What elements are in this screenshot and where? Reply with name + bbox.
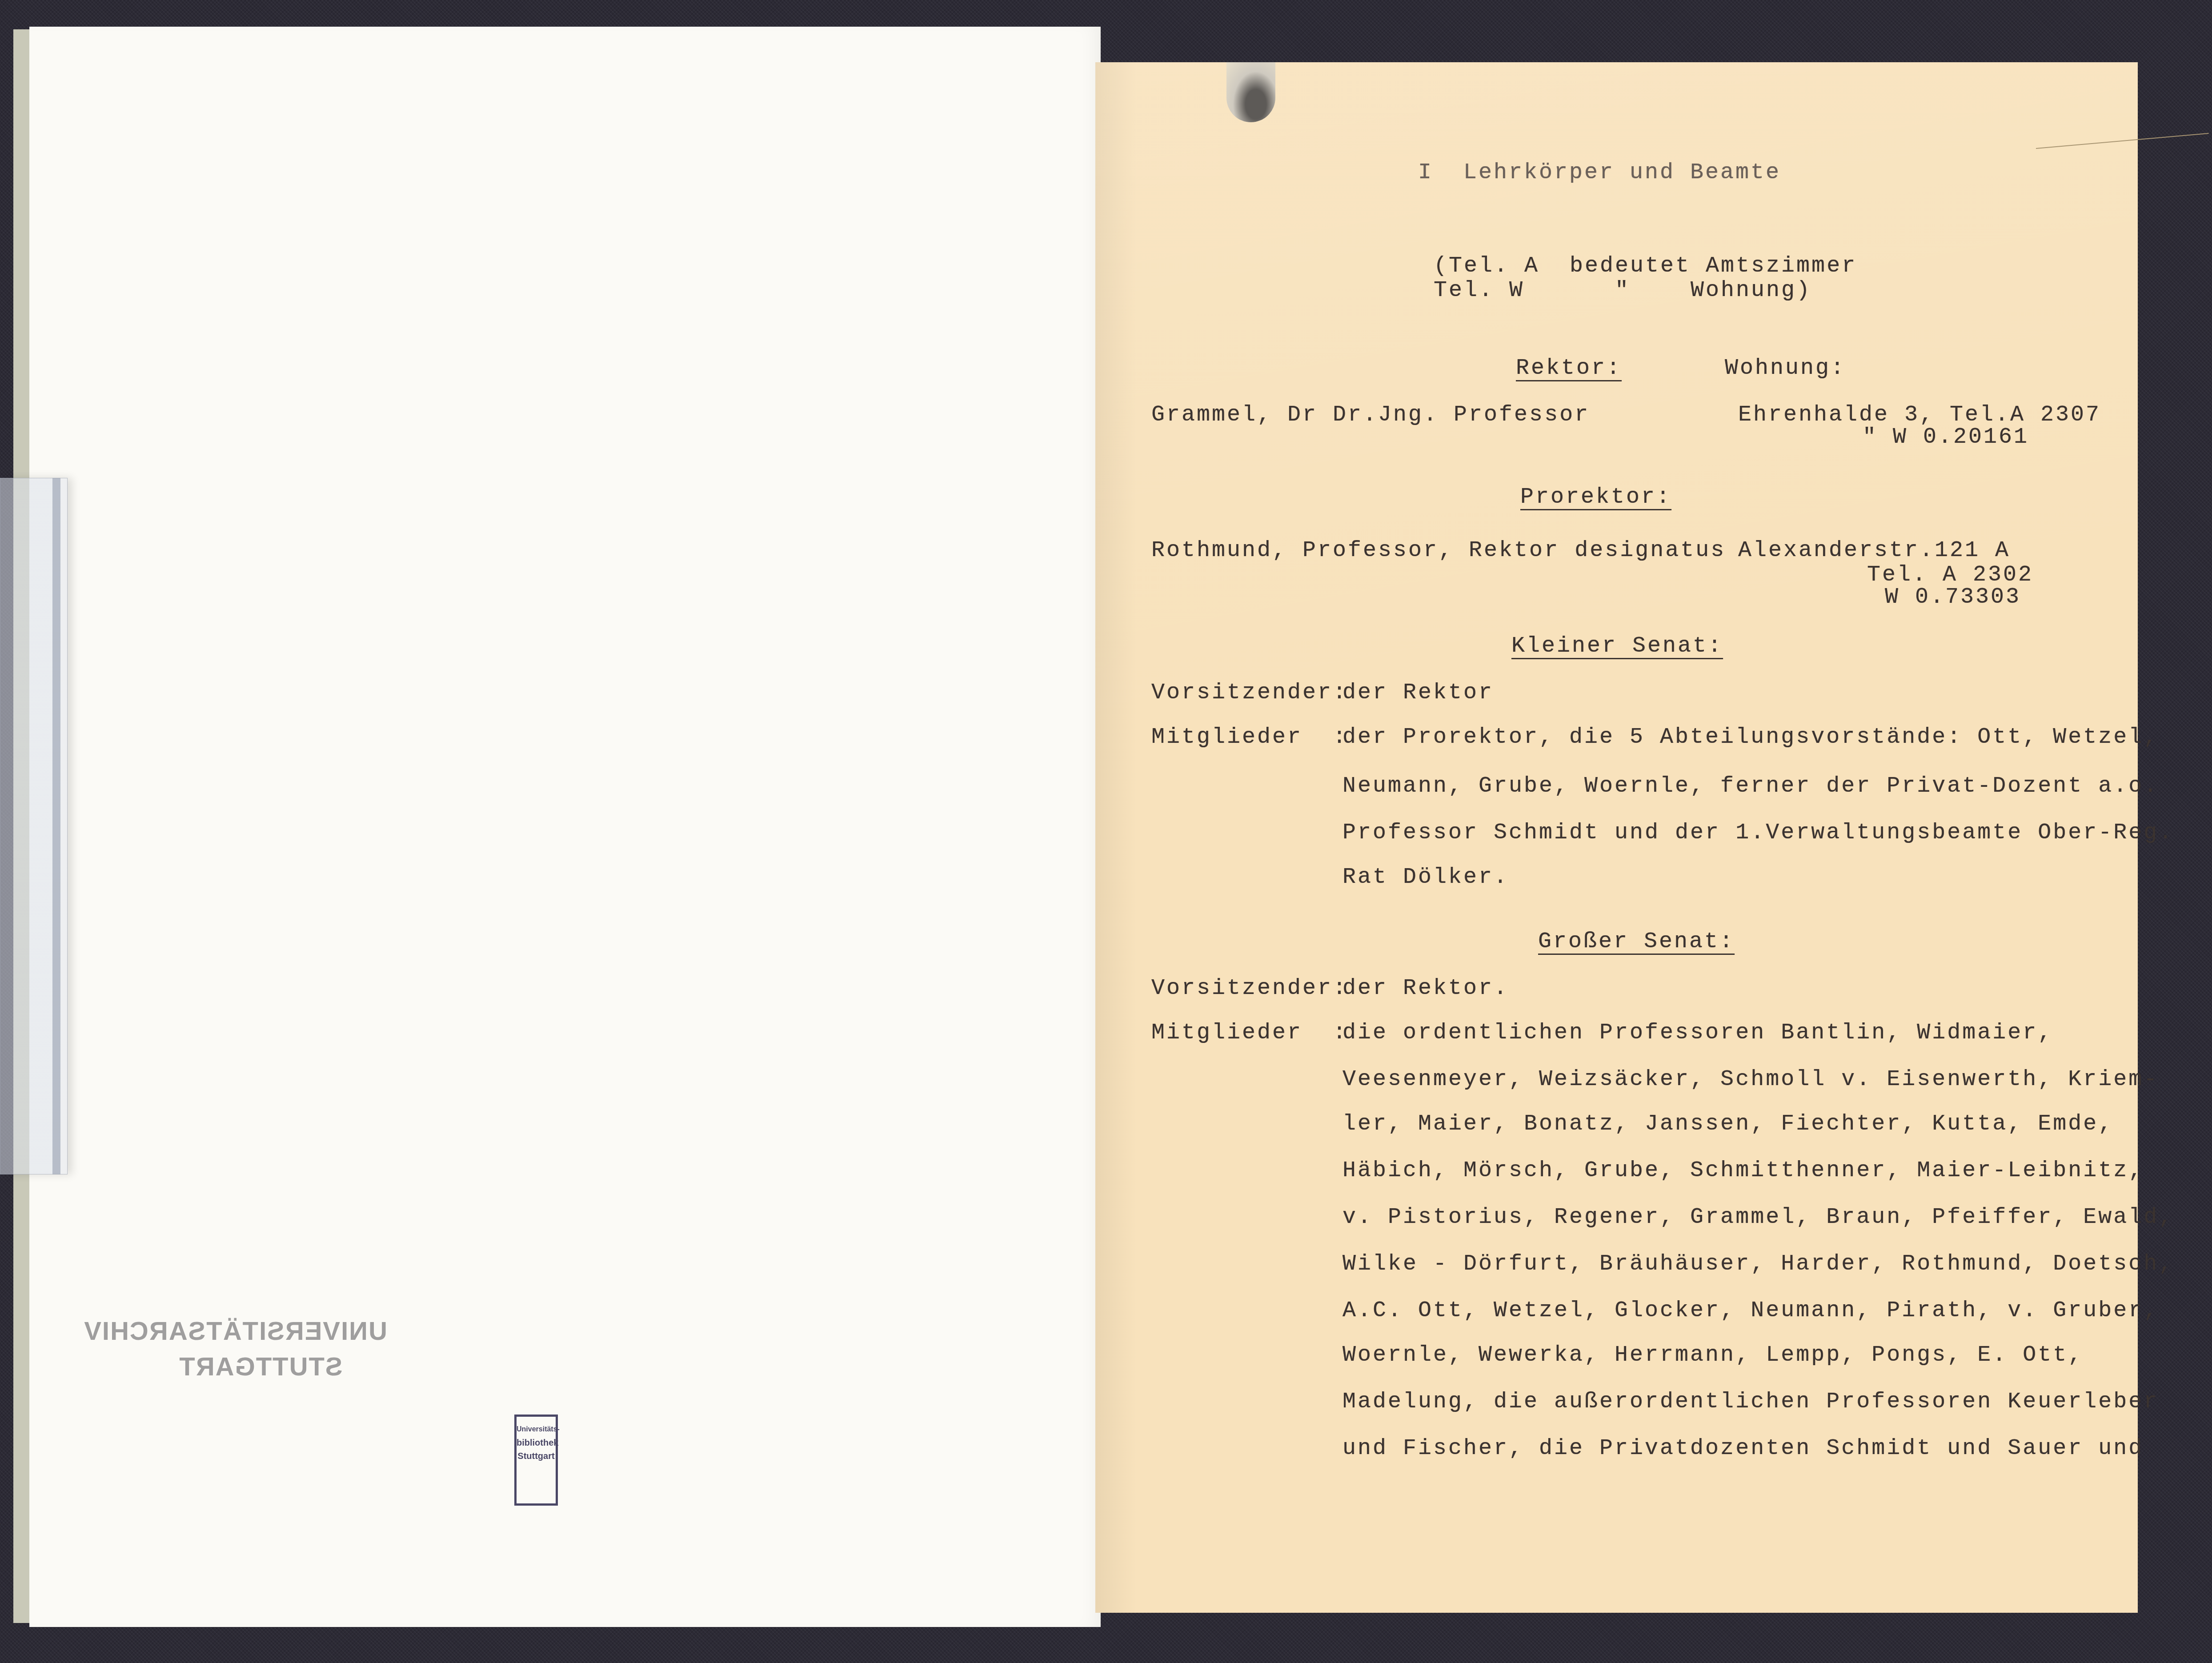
library-stamp-line3: Stuttgart: [517, 1450, 556, 1463]
grosser-senat-member-line: ler, Maier, Bonatz, Janssen, Fiechter, K…: [1342, 1111, 2113, 1137]
section-title-prorektor: Prorektor:: [1520, 485, 1671, 510]
grosser-senat-chair-label: Vorsitzender:: [1151, 976, 1348, 1001]
grosser-senat-member-line: Häbich, Mörsch, Grube, Schmitthenner, Ma…: [1342, 1158, 2144, 1183]
rektor-phone-home: " W 0.20161: [1863, 425, 2029, 450]
library-stamp: Universitäts- bibliothek Stuttgart: [514, 1415, 558, 1506]
archive-stamp-mirrored: UNIVERSITÄTSARCHIV STUTTGART: [134, 1314, 387, 1385]
archive-stamp-line1: UNIVERSITÄTSARCHIV: [134, 1314, 387, 1349]
prorektor-phone-office: Tel. A 2302: [1867, 562, 2033, 588]
grosser-senat-member-line: die ordentlichen Professoren Bantlin, Wi…: [1342, 1020, 2053, 1046]
residence-header: Wohnung:: [1725, 356, 1846, 381]
grosser-senat-member-line: Veesenmeyer, Weizsäcker, Schmoll v. Eise…: [1342, 1067, 2159, 1092]
prorektor-name: Rothmund, Professor, Rektor designatus: [1151, 538, 1726, 563]
kleiner-senat-members-label: Mitglieder :: [1151, 725, 1348, 750]
left-page: UNIVERSITÄTSARCHIV STUTTGART Universität…: [29, 27, 1101, 1627]
kleiner-senat-chair-label: Vorsitzender:: [1151, 680, 1348, 705]
legend-line2: Tel. W " Wohnung): [1434, 278, 1811, 303]
kleiner-senat-member-line: Rat Dölker.: [1342, 865, 1509, 890]
kleiner-senat-member-line: der Prorektor, die 5 Abteilungsvorstände…: [1342, 725, 2159, 750]
library-stamp-line1: Universitäts-: [517, 1423, 556, 1436]
prorektor-address: Alexanderstr.121 A: [1738, 538, 2010, 563]
grosser-senat-member-line: v. Pistorius, Regener, Grammel, Braun, P…: [1342, 1205, 2174, 1230]
grosser-senat-member-line: Wilke - Dörfurt, Bräuhäuser, Harder, Rot…: [1342, 1251, 2174, 1277]
rektor-name: Grammel, Dr Dr.Jng. Professor: [1151, 402, 1590, 428]
section-title-kleiner-senat: Kleiner Senat:: [1511, 633, 1723, 659]
grosser-senat-member-line: A.C. Ott, Wetzel, Glocker, Neumann, Pira…: [1342, 1298, 2159, 1323]
kleiner-senat-chair-value: der Rektor: [1342, 680, 1494, 705]
grosser-senat-chair-value: der Rektor.: [1342, 976, 1509, 1001]
punch-hole: [1226, 62, 1275, 122]
library-stamp-line2: bibliothek: [517, 1436, 556, 1450]
acrylic-page-clip: [0, 478, 68, 1174]
section-title-grosser-senat: Großer Senat:: [1538, 929, 1735, 954]
legend-line1: (Tel. A bedeutet Amtszimmer: [1434, 253, 1857, 279]
grosser-senat-member-line: Madelung, die außerordentlichen Professo…: [1342, 1389, 2159, 1415]
kleiner-senat-member-line: Neumann, Grube, Woernle, ferner der Priv…: [1342, 773, 2159, 799]
prorektor-phone-home: W 0.73303: [1885, 585, 2021, 610]
section-title-rektor: Rektor:: [1516, 356, 1622, 381]
archive-stamp-line2: STUTTGART: [134, 1349, 387, 1385]
grosser-senat-member-line: und Fischer, die Privatdozenten Schmidt …: [1342, 1436, 2144, 1461]
kleiner-senat-member-line: Professor Schmidt und der 1.Verwaltungsb…: [1342, 820, 2174, 846]
rektor-address: Ehrenhalde 3, Tel.A 2307: [1738, 402, 2101, 428]
grosser-senat-member-line: Woernle, Wewerka, Herrmann, Lempp, Pongs…: [1342, 1342, 2083, 1368]
grosser-senat-members-label: Mitglieder :: [1151, 1020, 1348, 1046]
page-heading: I Lehrkörper und Beamte: [1418, 160, 1781, 185]
